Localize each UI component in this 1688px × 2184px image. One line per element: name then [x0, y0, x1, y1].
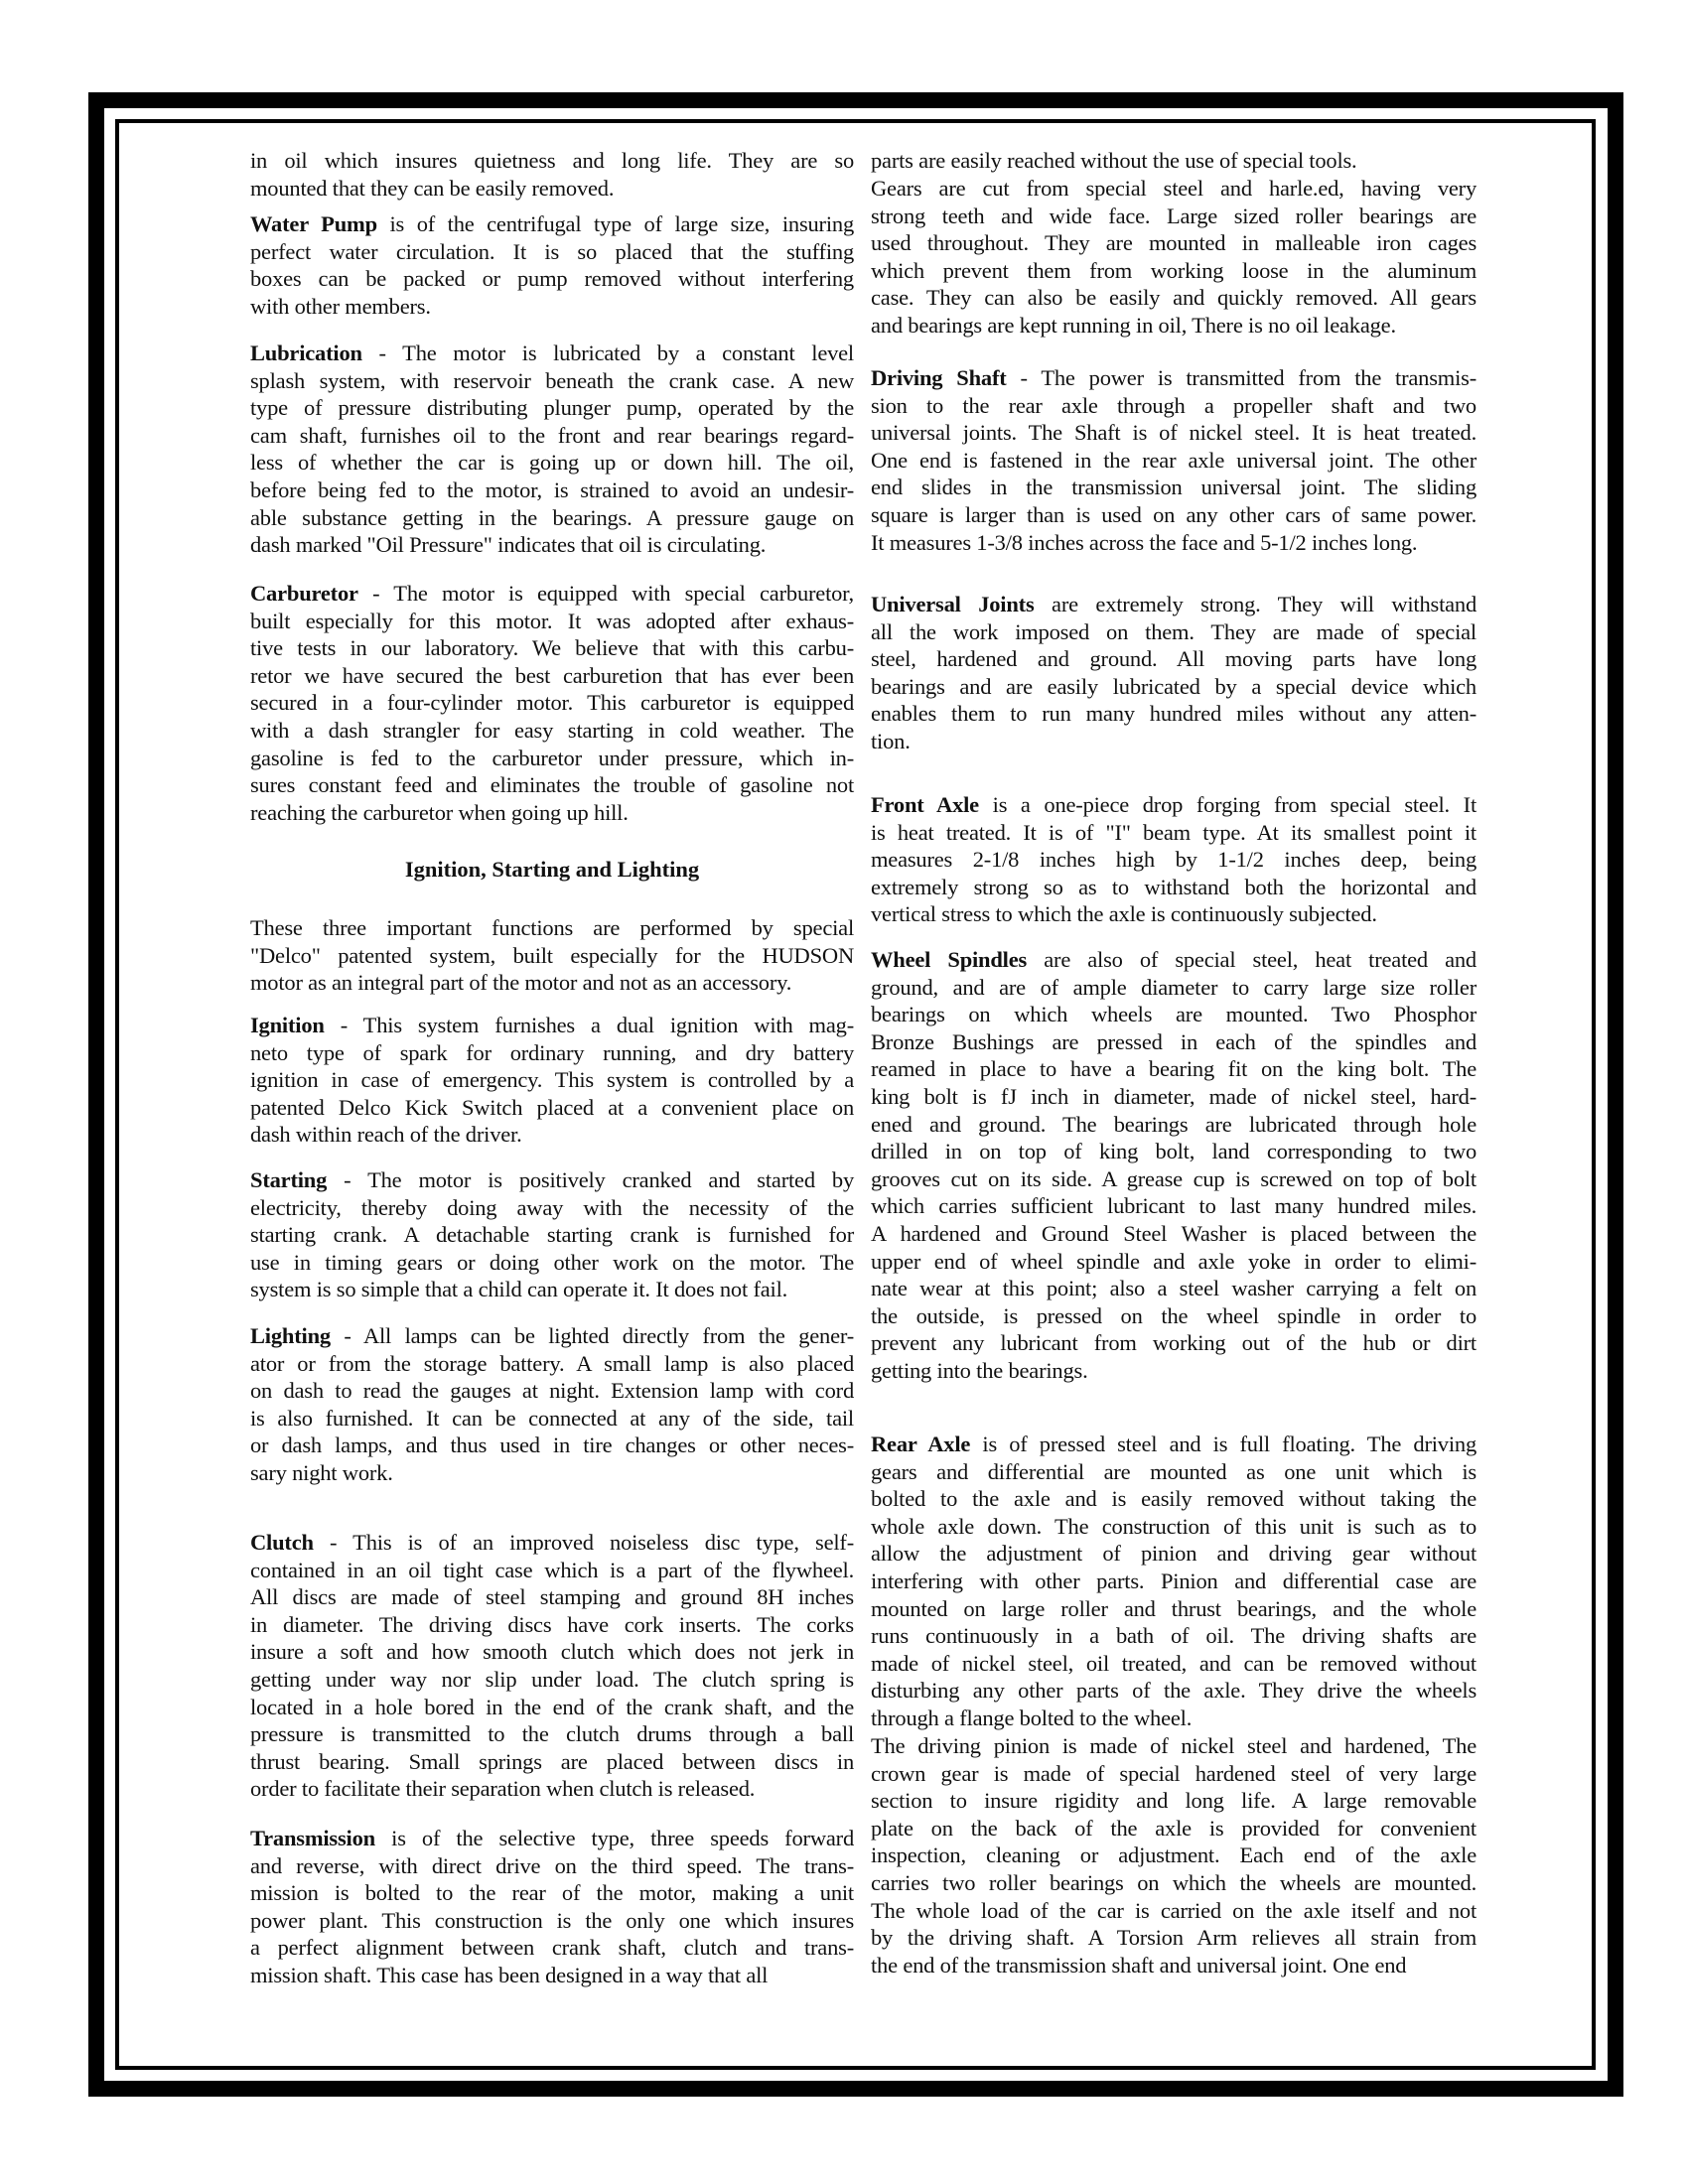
paragraph-starting: Starting - The motor is positively crank… — [250, 1166, 854, 1303]
paragraph-lead-term: Universal Joints — [871, 592, 1035, 616]
text-line: Universal Joints are extremely strong. T… — [871, 591, 1477, 618]
text-line: gears and differential are mounted as on… — [871, 1458, 1477, 1486]
text-line: tive tests in our laboratory. We believe… — [250, 634, 854, 662]
paragraph-continuation: in oil which insures quietness and long … — [250, 147, 854, 202]
text-line: Lighting - All lamps can be lighted dire… — [250, 1322, 854, 1350]
text-line: These three important functions are perf… — [250, 914, 854, 942]
text-line: mounted that they can be easily removed. — [250, 175, 854, 203]
text-line: sary night work. — [250, 1459, 854, 1487]
text-line: universal joints. The Shaft is of nickel… — [871, 419, 1477, 447]
text-line: extremely strong so as to withstand both… — [871, 874, 1477, 901]
text-line: system is so simple that a child can ope… — [250, 1276, 854, 1303]
text-line: located in a hole bored in the end of th… — [250, 1694, 854, 1721]
paragraph-continuation: parts are easily reached without the use… — [871, 147, 1477, 175]
paragraph-lead-term: Ignition — [250, 1013, 325, 1037]
text-line: on dash to read the gauges at night. Ext… — [250, 1377, 854, 1405]
text-line: Clutch - This is of an improved noiseles… — [250, 1529, 854, 1557]
paragraph-continuation: These three important functions are perf… — [250, 914, 854, 997]
text-line: ened and ground. The bearings are lubric… — [871, 1111, 1477, 1139]
text-line: or dash lamps, and thus used in tire cha… — [250, 1432, 854, 1459]
text-line: is heat treated. It is of "I" beam type.… — [871, 819, 1477, 847]
text-line: allow the adjustment of pinion and drivi… — [871, 1540, 1477, 1568]
paragraph-universal-joints: Universal Joints are extremely strong. T… — [871, 591, 1477, 755]
paragraph-lead-term: Starting — [250, 1167, 327, 1192]
text-line: starting crank. A detachable starting cr… — [250, 1221, 854, 1249]
text-line: less of whether the car is going up or d… — [250, 449, 854, 477]
text-line: in diameter. The driving discs have cork… — [250, 1611, 854, 1639]
paragraph-lead-term: Front Axle — [871, 792, 979, 817]
text-line: with other members. — [250, 293, 854, 321]
text-line: with a dash strangler for easy starting … — [250, 717, 854, 745]
paragraph-lead-term: Wheel Spindles — [871, 947, 1027, 972]
text-line: insure a soft and how smooth clutch whic… — [250, 1638, 854, 1666]
text-line: is also furnished. It can be connected a… — [250, 1405, 854, 1433]
paragraph-continuation: The driving pinion is made of nickel ste… — [871, 1732, 1477, 1979]
paragraph-lead-term: Lighting — [250, 1323, 331, 1348]
text-line: Ignition - This system furnishes a dual … — [250, 1012, 854, 1039]
text-line: plate on the back of the axle is provide… — [871, 1815, 1477, 1843]
text-line: One end is fastened in the rear axle uni… — [871, 447, 1477, 475]
paragraph-lead-term: Water Pump — [250, 211, 377, 236]
text-line: prevent any lubricant from working out o… — [871, 1329, 1477, 1357]
text-line: ator or from the storage battery. A smal… — [250, 1350, 854, 1378]
text-line: order to facilitate their separation whe… — [250, 1775, 854, 1803]
paragraph-transmission: Transmission is of the selective type, t… — [250, 1825, 854, 1989]
text-line: mission shaft. This case has been design… — [250, 1962, 854, 1989]
text-line: boxes can be packed or pump removed with… — [250, 265, 854, 293]
text-line: getting under way nor slip under load. T… — [250, 1666, 854, 1694]
text-line: all the work imposed on them. They are m… — [871, 618, 1477, 646]
text-line: "Delco" patented system, built especiall… — [250, 942, 854, 970]
text-line: runs continuously in a bath of oil. The … — [871, 1622, 1477, 1650]
text-line: inspection, cleaning or adjustment. Each… — [871, 1842, 1477, 1869]
text-line: sures constant feed and eliminates the t… — [250, 771, 854, 799]
text-line: disturbing any other parts of the axle. … — [871, 1677, 1477, 1705]
text-line: built especially for this motor. It was … — [250, 608, 854, 635]
text-line: before being fed to the motor, is strain… — [250, 477, 854, 504]
text-line: mission is bolted to the rear of the mot… — [250, 1879, 854, 1907]
text-line: section to insure rigidity and long life… — [871, 1787, 1477, 1815]
text-line: A hardened and Ground Steel Washer is pl… — [871, 1220, 1477, 1248]
text-line: The driving pinion is made of nickel ste… — [871, 1732, 1477, 1760]
text-line: in oil which insures quietness and long … — [250, 147, 854, 175]
text-line: whole axle down. The construction of thi… — [871, 1513, 1477, 1541]
paragraph-lead-term: Rear Axle — [871, 1432, 970, 1456]
text-line: sion to the rear axle through a propelle… — [871, 392, 1477, 420]
text-line: nate wear at this point; also a steel wa… — [871, 1275, 1477, 1302]
text-line: able substance getting in the bearings. … — [250, 504, 854, 532]
text-line: the outside, is pressed on the wheel spi… — [871, 1302, 1477, 1330]
text-line: used throughout. They are mounted in mal… — [871, 229, 1477, 257]
text-line: Lubrication - The motor is lubricated by… — [250, 340, 854, 367]
text-line: splash system, with reservoir beneath th… — [250, 367, 854, 395]
text-line: square is larger than is used on any oth… — [871, 501, 1477, 529]
text-line: which prevent them from working loose in… — [871, 257, 1477, 285]
paragraph-lead-term: Carburetor — [250, 581, 358, 606]
text-line: king bolt is fJ inch in diameter, made o… — [871, 1083, 1477, 1111]
text-line: secured in a four-cylinder motor. This c… — [250, 689, 854, 717]
text-line: motor as an integral part of the motor a… — [250, 969, 854, 997]
text-line: patented Delco Kick Switch placed at a c… — [250, 1094, 854, 1122]
text-line: tion. — [871, 728, 1477, 755]
text-line: retor we have secured the best carbureti… — [250, 662, 854, 690]
paragraph-lead-term: Clutch — [250, 1530, 314, 1555]
paragraph-lighting: Lighting - All lamps can be lighted dire… — [250, 1322, 854, 1487]
paragraph-lubrication: Lubrication - The motor is lubricated by… — [250, 340, 854, 559]
paragraph-ignition: Ignition - This system furnishes a dual … — [250, 1012, 854, 1149]
text-line: getting into the bearings. — [871, 1357, 1477, 1385]
text-line: Driving Shaft - The power is transmitted… — [871, 364, 1477, 392]
text-line: made of nickel steel, oil treated, and c… — [871, 1650, 1477, 1678]
text-line: Wheel Spindles are also of special steel… — [871, 946, 1477, 974]
text-line: neto type of spark for ordinary running,… — [250, 1039, 854, 1067]
text-line: steel, hardened and ground. All moving p… — [871, 645, 1477, 673]
paragraph-lead-term: Lubrication — [250, 341, 362, 365]
text-line: ignition in case of emergency. This syst… — [250, 1066, 854, 1094]
paragraph-clutch: Clutch - This is of an improved noiseles… — [250, 1529, 854, 1803]
text-line: and reverse, with direct drive on the th… — [250, 1852, 854, 1880]
text-line: dash marked "Oil Pressure" indicates tha… — [250, 531, 854, 559]
text-line: mounted on large roller and thrust beari… — [871, 1595, 1477, 1623]
text-line: The whole load of the car is carried on … — [871, 1897, 1477, 1925]
text-line: end slides in the transmission universal… — [871, 474, 1477, 501]
text-line: Rear Axle is of pressed steel and is ful… — [871, 1431, 1477, 1458]
paragraph-lead-term: Transmission — [250, 1826, 375, 1850]
text-line: the end of the transmission shaft and un… — [871, 1952, 1477, 1979]
text-line: interfering with other parts. Pinion and… — [871, 1568, 1477, 1595]
text-line: use in timing gears or doing other work … — [250, 1249, 854, 1277]
paragraph-front-axle: Front Axle is a one-piece drop forging f… — [871, 791, 1477, 928]
text-line: a perfect alignment between crank shaft,… — [250, 1934, 854, 1962]
text-line: carries two roller bearings on which the… — [871, 1869, 1477, 1897]
text-line: case. They can also be easily and quickl… — [871, 284, 1477, 312]
text-line: reamed in place to have a bearing fit on… — [871, 1055, 1477, 1083]
text-line: gasoline is fed to the carburetor under … — [250, 745, 854, 772]
text-line: Gears are cut from special steel and har… — [871, 175, 1477, 203]
text-line: crown gear is made of special hardened s… — [871, 1760, 1477, 1788]
paragraph-wheel-spindles: Wheel Spindles are also of special steel… — [871, 946, 1477, 1385]
text-line: enables them to run many hundred miles w… — [871, 700, 1477, 728]
text-line: cam shaft, furnishes oil to the front an… — [250, 422, 854, 450]
paragraph-rear-axle: Rear Axle is of pressed steel and is ful… — [871, 1431, 1477, 1732]
text-line: All discs are made of steel stamping and… — [250, 1583, 854, 1611]
section-heading-ignition-starting-lighting: Ignition, Starting and Lighting — [250, 856, 854, 884]
text-line: vertical stress to which the axle is con… — [871, 900, 1477, 928]
text-line: measures 2-1/8 inches high by 1-1/2 inch… — [871, 846, 1477, 874]
text-line: contained in an oil tight case which is … — [250, 1557, 854, 1584]
text-line: pressure is transmitted to the clutch dr… — [250, 1720, 854, 1748]
text-line: grooves cut on its side. A grease cup is… — [871, 1165, 1477, 1193]
text-line: Water Pump is of the centrifugal type of… — [250, 210, 854, 238]
text-line: drilled in on top of king bolt, land cor… — [871, 1138, 1477, 1165]
paragraph-carburetor: Carburetor - The motor is equipped with … — [250, 580, 854, 826]
text-line: type of pressure distributing plunger pu… — [250, 394, 854, 422]
text-line: Bronze Bushings are pressed in each of t… — [871, 1028, 1477, 1056]
text-line: and bearings are kept running in oil, Th… — [871, 312, 1477, 340]
text-line: bolted to the axle and is easily removed… — [871, 1485, 1477, 1513]
text-line: thrust bearing. Small springs are placed… — [250, 1748, 854, 1776]
text-line: upper end of wheel spindle and axle yoke… — [871, 1248, 1477, 1276]
text-line: dash within reach of the driver. — [250, 1121, 854, 1149]
text-line: Front Axle is a one-piece drop forging f… — [871, 791, 1477, 819]
paragraph-lead-term: Driving Shaft — [871, 365, 1007, 390]
paragraph-driving-shaft: Driving Shaft - The power is transmitted… — [871, 364, 1477, 556]
text-line: ground, and are of ample diameter to car… — [871, 974, 1477, 1002]
text-line: perfect water circulation. It is so plac… — [250, 238, 854, 266]
text-line: Carburetor - The motor is equipped with … — [250, 580, 854, 608]
text-line: by the driving shaft. A Torsion Arm reli… — [871, 1924, 1477, 1952]
text-line: electricity, thereby doing away with the… — [250, 1194, 854, 1222]
text-line: bearings on which wheels are mounted. Tw… — [871, 1001, 1477, 1028]
text-line: It measures 1-3/8 inches across the face… — [871, 529, 1477, 557]
paragraph-water-pump: Water Pump is of the centrifugal type of… — [250, 210, 854, 320]
text-line: Starting - The motor is positively crank… — [250, 1166, 854, 1194]
text-line: bearings and are easily lubricated by a … — [871, 673, 1477, 701]
text-line: power plant. This construction is the on… — [250, 1907, 854, 1935]
text-line: strong teeth and wide face. Large sized … — [871, 203, 1477, 230]
text-line: which carries sufficient lubricant to la… — [871, 1192, 1477, 1220]
text-line: Transmission is of the selective type, t… — [250, 1825, 854, 1852]
paragraph-continuation: Gears are cut from special steel and har… — [871, 175, 1477, 340]
text-line: through a flange bolted to the wheel. — [871, 1705, 1477, 1732]
text-line: parts are easily reached without the use… — [871, 147, 1477, 175]
text-line: reaching the carburetor when going up hi… — [250, 799, 854, 827]
